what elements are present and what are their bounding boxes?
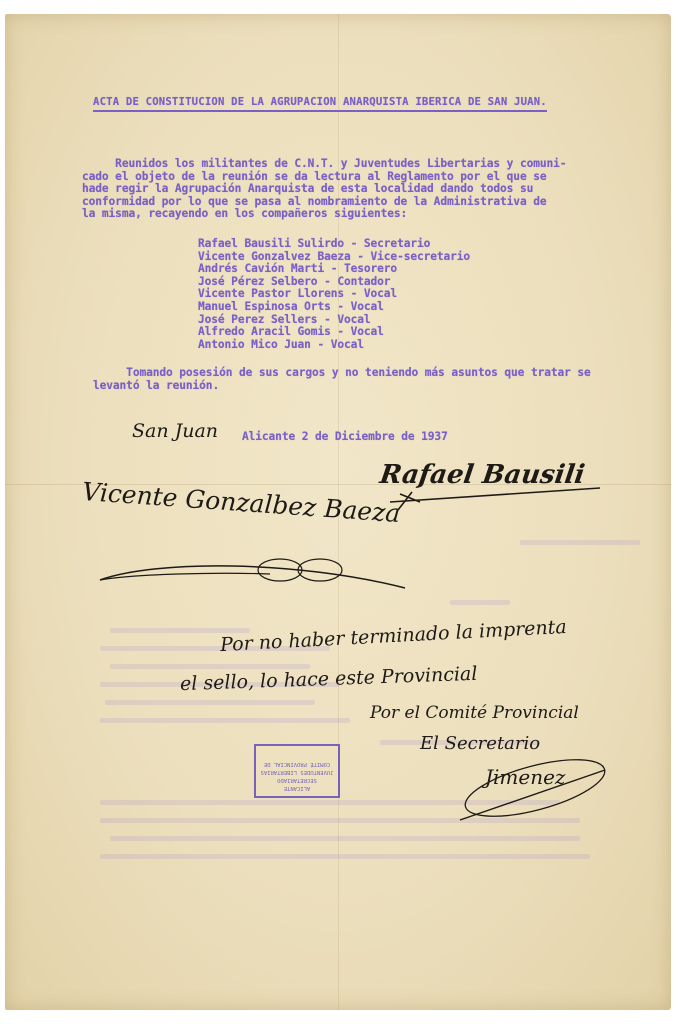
officers-list: Rafael Bausili Sulirdo - Secretario Vice… <box>198 238 470 351</box>
stamp-line: COMITÉ PROVINCIAL DE <box>256 760 338 768</box>
signature-flourish <box>95 550 415 600</box>
place-date: Alicante 2 de Diciembre de 1937 <box>242 431 448 444</box>
handwritten-note-line3: Por el Comité Provincial <box>370 703 579 723</box>
stamp-line: SECRETARIADO <box>256 776 338 784</box>
document-title: ACTA DE CONSTITUCION DE LA AGRUPACION AN… <box>93 96 547 112</box>
stamp-line: ALICANTE <box>256 784 338 792</box>
signature-flourish <box>380 480 610 530</box>
handwritten-place: San Juan <box>132 420 218 442</box>
signature-flourish <box>450 750 620 830</box>
rubber-stamp: ALICANTE SECRETARIADO JUVENTUDES LIBERTA… <box>254 744 340 798</box>
stamp-line: JUVENTUDES LIBERTARIAS <box>256 768 338 776</box>
body-paragraph: Reunidos los militantes de C.N.T. y Juve… <box>82 158 566 221</box>
closing-paragraph: Tomando posesión de sus cargos y no teni… <box>93 367 591 392</box>
